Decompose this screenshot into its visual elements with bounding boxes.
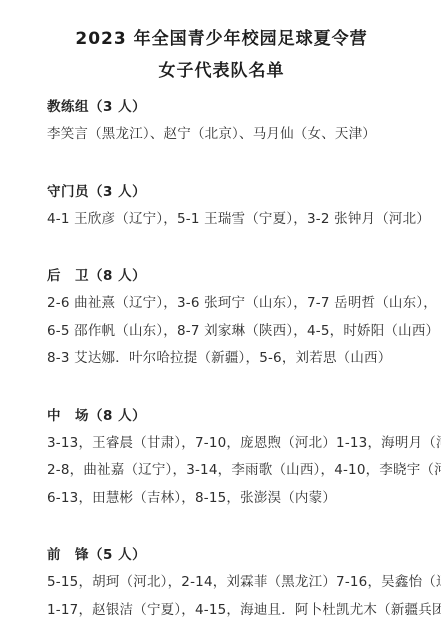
section-header-defenders: 后 卫（8 人） bbox=[47, 263, 423, 290]
document-title-line1: 2023 年全国青少年校园足球夏令营 bbox=[20, 28, 423, 50]
roster-line: 2-6 曲祉熹（辽宁），3-6 张珂宁（山东），7-7 岳明哲（山东）， bbox=[47, 290, 423, 318]
section-forwards: 前 锋（5 人） 5-15，胡珂（河北），2-14，刘霖菲（黑龙江）7-16，吴… bbox=[47, 542, 423, 624]
roster-line: 1-17，赵银洁（宁夏），4-15，海迪且．阿卜杜凯尤木（新疆兵团） bbox=[47, 597, 423, 625]
section-goalkeepers: 守门员（3 人） 4-1 王欣彦（辽宁），5-1 王瑞雪（宁夏），3-2 张钟月… bbox=[47, 179, 423, 234]
document-title-line2: 女子代表队名单 bbox=[20, 60, 423, 82]
roster-line: 2-8，曲祉嘉（辽宁），3-14，李雨歌（山西），4-10，李晓宇（河南） bbox=[47, 457, 423, 485]
document-page: 2023 年全国青少年校园足球夏令营 女子代表队名单 教练组（3 人） 李笑言（… bbox=[0, 0, 441, 636]
roster-line: 6-13，田慧彬（吉林），8-15，张澎淏（内蒙） bbox=[47, 485, 423, 513]
section-header-goalkeepers: 守门员（3 人） bbox=[47, 179, 423, 206]
roster-line: 李笑言（黑龙江）、赵宁（北京）、马月仙（女、天津） bbox=[47, 121, 423, 149]
section-coaches: 教练组（3 人） 李笑言（黑龙江）、赵宁（北京）、马月仙（女、天津） bbox=[47, 94, 423, 149]
section-defenders: 后 卫（8 人） 2-6 曲祉熹（辽宁），3-6 张珂宁（山东），7-7 岳明哲… bbox=[47, 263, 423, 373]
section-header-midfielders: 中 场（8 人） bbox=[47, 403, 423, 430]
roster-line: 5-15，胡珂（河北），2-14，刘霖菲（黑龙江）7-16，吴鑫怡（辽宁）， bbox=[47, 569, 423, 597]
roster-line: 3-13，王睿晨（甘肃），7-10，庞恩煦（河北）1-13，海明月（河南）， bbox=[47, 430, 423, 458]
roster-line: 6-5 邵作帆（山东），8-7 刘家琳（陕西），4-5，时娇阳（山西） bbox=[47, 318, 423, 346]
section-midfielders: 中 场（8 人） 3-13，王睿晨（甘肃），7-10，庞恩煦（河北）1-13，海… bbox=[47, 403, 423, 513]
roster-line: 8-3 艾达娜．叶尔哈拉提（新疆），5-6，刘若思（山西） bbox=[47, 345, 423, 373]
section-header-forwards: 前 锋（5 人） bbox=[47, 542, 423, 569]
section-header-coaches: 教练组（3 人） bbox=[47, 94, 423, 121]
roster-line: 4-1 王欣彦（辽宁），5-1 王瑞雪（宁夏），3-2 张钟月（河北） bbox=[47, 206, 423, 234]
